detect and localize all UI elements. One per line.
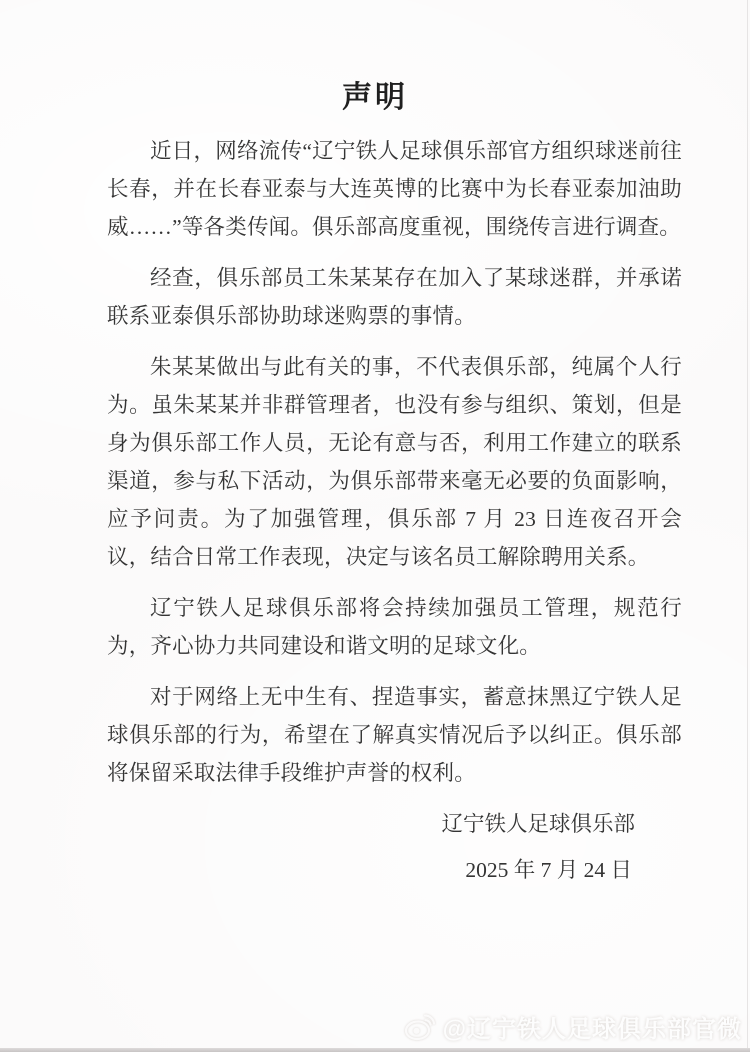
- paragraph-accountability-dismissal: 朱某某做出与此有关的事，不代表俱乐部，纯属个人行为。虽朱某某并非群管理者，也没有…: [107, 348, 682, 576]
- weibo-watermark: @辽宁铁人足球俱乐部官微: [403, 1009, 742, 1044]
- paragraph-rumor-intro: 近日，网络流传“辽宁铁人足球俱乐部官方组织球迷前往长春，并在长春亚泰与大连英博的…: [107, 132, 682, 246]
- weibo-icon: [403, 1012, 437, 1042]
- watermark-text: @辽宁铁人足球俱乐部官微: [443, 1009, 742, 1044]
- statement-document: 声明 近日，网络流传“辽宁铁人足球俱乐部官方组织球迷前往长春，并在长春亚泰与大连…: [0, 0, 750, 1052]
- signature-club-name: 辽宁铁人足球俱乐部: [107, 805, 682, 843]
- paragraph-management-commitment: 辽宁铁人足球俱乐部将会持续加强员工管理，规范行为，齐心协力共同建设和谐文明的足球…: [107, 589, 682, 665]
- photo-bottom-edge: [0, 1048, 750, 1052]
- signature-date: 2025 年 7 月 24 日: [107, 851, 682, 889]
- page-title: 声明: [0, 0, 750, 120]
- document-body: 近日，网络流传“辽宁铁人足球俱乐部官方组织球迷前往长春，并在长春亚泰与大连英博的…: [0, 132, 750, 889]
- photo-right-edge: [747, 0, 748, 1052]
- paragraph-investigation-finding: 经查，俱乐部员工朱某某存在加入了某球迷群，并承诺联系亚泰俱乐部协助球迷购票的事情…: [107, 259, 682, 335]
- paragraph-legal-rights: 对于网络上无中生有、捏造事实，蓄意抹黑辽宁铁人足球俱乐部的行为，希望在了解真实情…: [107, 678, 682, 792]
